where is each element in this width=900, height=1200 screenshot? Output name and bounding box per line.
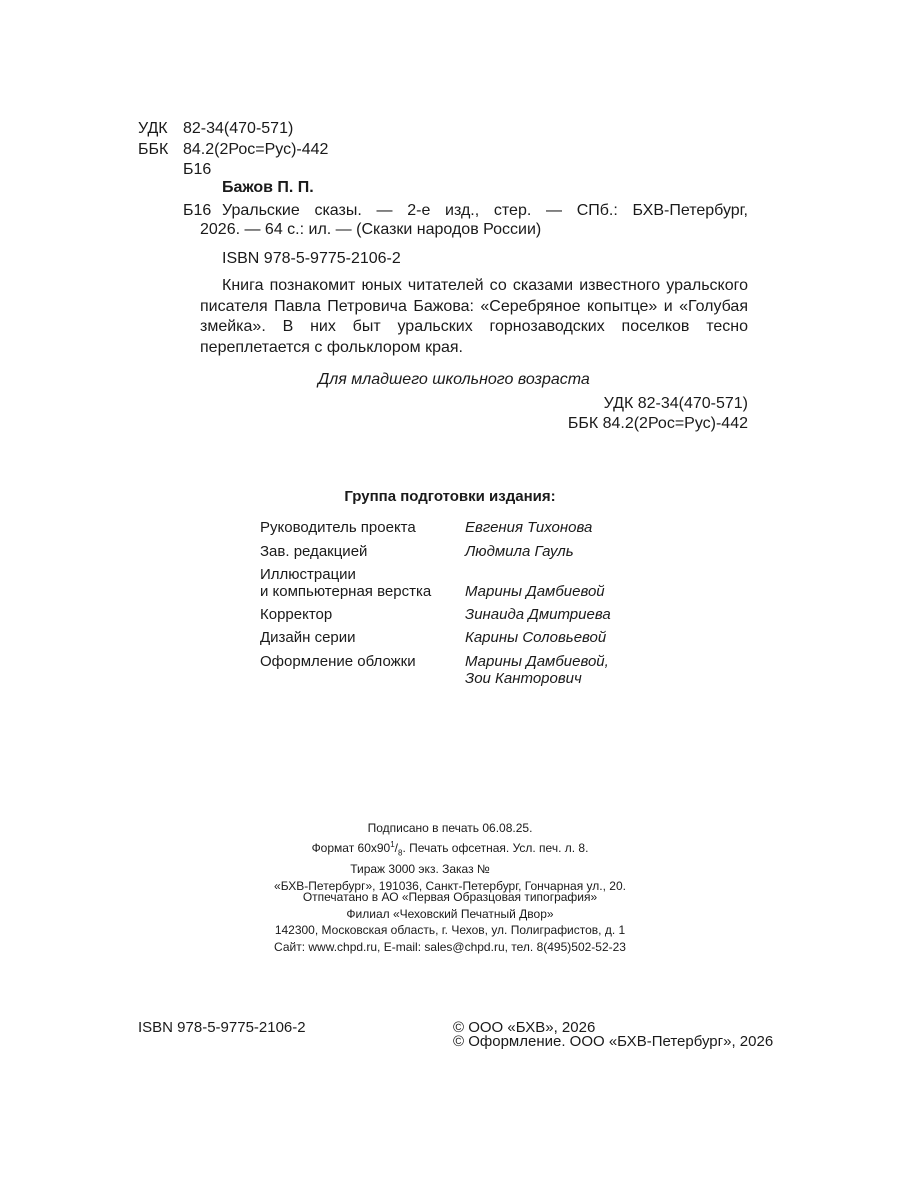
team-title: Группа подготовки издания: (0, 488, 900, 505)
team-role: Дизайн серии (260, 628, 356, 648)
author-code: Б16 (183, 160, 211, 180)
author-name: Бажов П. П. (222, 178, 314, 198)
signed-date: Подписано в печать 06.08.25. (0, 820, 900, 837)
format-line: Формат 60x901/8. Печать офсетная. Усл. п… (0, 837, 900, 862)
isbn: ISBN 978-5-9775-2106-2 (222, 249, 401, 269)
udk-right: УДК 82-34(470-571) (604, 394, 748, 414)
team-role: Оформление обложки (260, 652, 416, 672)
format-frac-num: 1 (390, 840, 394, 849)
printer-line-3: 142300, Московская область, г. Чехов, ул… (0, 922, 900, 939)
copyright-line-2: © Оформление. ООО «БХВ-Петербург», 2026 (453, 1033, 773, 1050)
annotation-text: Книга познакомит юных читателей со сказа… (200, 276, 748, 358)
udk-label: УДК (138, 119, 168, 139)
printer-line-4: Сайт: www.chpd.ru, E-mail: sales@chpd.ru… (0, 939, 900, 956)
printer-line-1: Отпечатано в АО «Первая Образцовая типог… (0, 889, 900, 906)
udk-value: 82-34(470-571) (183, 119, 293, 139)
team-member: Людмила Гауль (465, 542, 574, 562)
team-role: Корректор (260, 605, 332, 625)
team-member: Карины Соловьевой (465, 628, 606, 648)
printer-block: Отпечатано в АО «Первая Образцовая типог… (0, 889, 900, 955)
team-member: Евгения Тихонова (465, 518, 592, 538)
imprint-block: Подписано в печать 06.08.25. Формат 60x9… (0, 820, 900, 894)
bibliographic-code: Б16 (183, 201, 211, 221)
team-role: Зав. редакцией (260, 542, 367, 562)
bbk-right: ББК 84.2(2Рос=Рус)-442 (568, 414, 748, 434)
team-member: Марины Дамбиевой (465, 582, 605, 602)
footer-isbn: ISBN 978-5-9775-2106-2 (138, 1019, 306, 1036)
team-role-line-2: и компьютерная верстка (260, 582, 431, 602)
team-member: Зинаида Дмитриева (465, 605, 611, 625)
bibliographic-line-2: 2026. — 64 с.: ил. — (Сказки народов Рос… (200, 220, 541, 240)
bibliographic-line-1: Уральские сказы. — 2-е изд., стер. — СПб… (222, 201, 748, 221)
annotation: Книга познакомит юных читателей со сказа… (200, 276, 748, 358)
printer-line-2: Филиал «Чеховский Печатный Двор» (0, 906, 900, 923)
bbk-value: 84.2(2Рос=Рус)-442 (183, 140, 328, 160)
print-run: Тираж 3000 экз. Заказ № (0, 861, 900, 878)
team-role: Руководитель проекта (260, 518, 416, 538)
format-suffix: . Печать офсетная. Усл. печ. л. 8. (402, 841, 588, 855)
format-prefix: Формат 60x90 (312, 841, 391, 855)
bbk-label: ББК (138, 140, 168, 160)
audience-note: Для младшего школьного возраста (318, 370, 590, 390)
team-member-2: Зои Канторович (465, 669, 582, 689)
